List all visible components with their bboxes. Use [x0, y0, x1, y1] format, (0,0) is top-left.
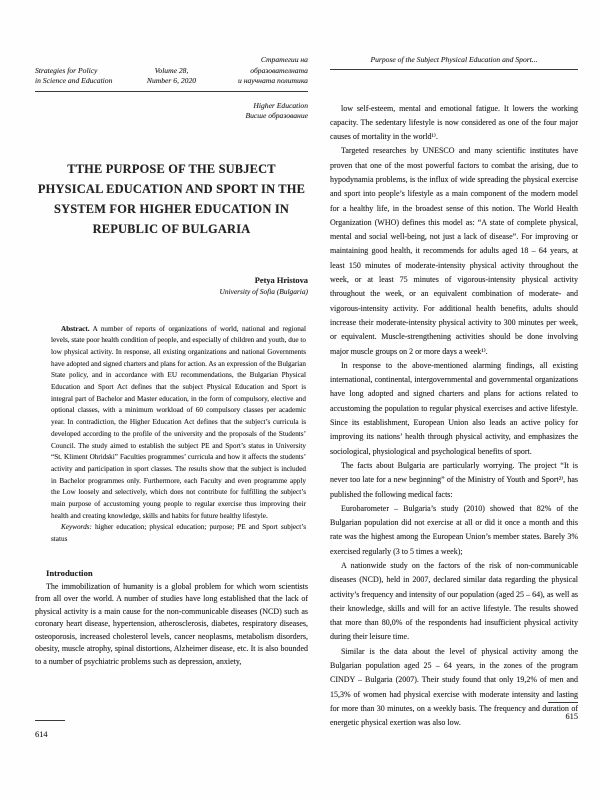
keywords-label: Keywords:	[61, 523, 92, 531]
journal-name-en-line2: in Science and Education	[35, 76, 139, 87]
journal-name-bg-line2: и научната политика	[204, 76, 308, 87]
abstract-label: Abstract.	[61, 325, 90, 333]
journal-name-bg-line1: Стратегии на образователната	[204, 55, 308, 76]
right-page-body: low self-esteem, mental and emotional fa…	[330, 102, 578, 731]
page-number-left: 614	[35, 730, 48, 739]
volume-info: Volume 28, Number 6, 2020	[139, 66, 205, 87]
abstract-text: A number of reports of organizations of …	[51, 325, 306, 520]
body-paragraph: In response to the above-mentioned alarm…	[330, 359, 578, 459]
journal-name-en-line1: Strategies for Policy	[35, 66, 139, 77]
abstract-paragraph: Abstract. A number of reports of organiz…	[51, 324, 306, 523]
body-paragraph: The facts about Bulgaria are particularl…	[330, 459, 578, 502]
author-block: Petya Hristova University of Sofia (Bulg…	[35, 275, 308, 297]
journal-name-en: Strategies for Policy in Science and Edu…	[35, 66, 139, 87]
body-paragraph: A nationwide study on the factors of the…	[330, 559, 578, 645]
right-page-footer: 615	[330, 702, 578, 724]
abstract-block: Abstract. A number of reports of organiz…	[35, 324, 308, 546]
volume-line2: Number 6, 2020	[139, 76, 205, 87]
body-paragraph: low self-esteem, mental and emotional fa…	[330, 102, 578, 145]
author-name: Petya Hristova	[35, 275, 308, 286]
journal-name-bg: Стратегии на образователната и научната …	[204, 55, 308, 87]
footer-rule-right	[548, 702, 578, 703]
volume-line1: Volume 28,	[139, 66, 205, 77]
left-page-footer: 614	[35, 720, 65, 742]
introduction-paragraph: The immobilization of humanity is a glob…	[35, 581, 308, 669]
keywords-paragraph: Keywords: higher education; physical edu…	[51, 522, 306, 545]
left-page: Strategies for Policy in Science and Edu…	[35, 55, 308, 668]
section-label-bg: Висше образование	[35, 111, 308, 122]
page-number-right: 615	[565, 712, 578, 721]
section-label-en: Higher Education	[35, 101, 308, 112]
article-title: TTHE PURPOSE OF THE SUBJECT PHYSICAL EDU…	[35, 159, 308, 239]
footer-rule-left	[35, 720, 65, 721]
section-heading-introduction: Introduction	[35, 568, 308, 578]
author-affiliation: University of Sofia (Bulgaria)	[35, 286, 308, 297]
left-page-header: Strategies for Policy in Science and Edu…	[35, 55, 308, 92]
body-paragraph: Eurobarometer – Bulgaria’s study (2010) …	[330, 502, 578, 559]
section-labels: Higher Education Висше образование	[35, 101, 308, 122]
journal-spread-scan: Strategies for Policy in Science and Edu…	[0, 0, 600, 800]
running-head: Purpose of the Subject Physical Educatio…	[330, 55, 578, 70]
right-page: Purpose of the Subject Physical Educatio…	[330, 55, 578, 731]
body-paragraph: Targeted researches by UNESCO and many s…	[330, 144, 578, 358]
